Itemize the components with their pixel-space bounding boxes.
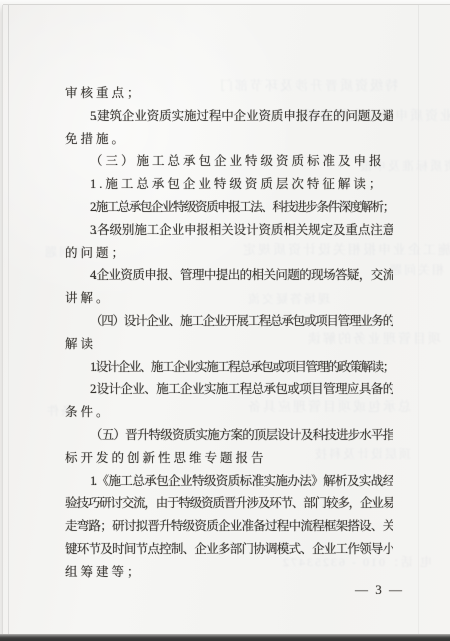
- text-line: 验技巧研讨交流，由于特级资质晋升涉及环节、部门较多，企业易: [65, 492, 393, 515]
- document-body: 审核重点；5.建筑企业资质实施过程中企业资质申报存在的问题及避免措施。（三）施工…: [65, 82, 393, 584]
- text-line: 审核重点；: [65, 82, 393, 105]
- scanned-document: 特级资质晋升涉及环节部门企业资质申报存在的问题资质标准及申报施工企业申报相关设计…: [0, 0, 450, 641]
- text-line: 3.各级别施工企业申报相关设计资质相关规定及重点注意: [65, 219, 393, 242]
- text-line: 2.设计企业、施工企业实施工程总承包或项目管理应具备的: [65, 378, 393, 401]
- text-line: （三）施工总承包企业特级资质标准及申报: [65, 150, 393, 173]
- text-line: 走弯路；研讨拟晋升特级资质企业准备过程中流程框架搭设、关: [65, 515, 393, 538]
- text-line: （四）设计企业、施工企业开展工程总承包或项目管理业务的: [65, 310, 393, 333]
- text-line: 条件。: [65, 401, 393, 424]
- text-line: 5.建筑企业资质实施过程中企业资质申报存在的问题及避: [65, 105, 393, 128]
- text-line: 免措施。: [65, 128, 393, 151]
- text-line: 标开发的创新性思维专题报告: [65, 447, 393, 470]
- paper-crease-left: [8, 5, 9, 634]
- paper-crease-right: [418, 5, 419, 634]
- text-line: 1.施工总承包企业特级资质层次特征解读；: [65, 173, 393, 196]
- document-page: 特级资质晋升涉及环节部门企业资质申报存在的问题资质标准及申报施工企业申报相关设计…: [3, 5, 450, 634]
- text-line: 1.《施工总承包企业特级资质标准实施办法》解析及实战经: [65, 470, 393, 493]
- text-line: 的问题；: [65, 242, 393, 265]
- text-line: 键环节及时间节点控制、企业多部门协调模式、企业工作领导小: [65, 538, 393, 561]
- text-line: 解读: [65, 333, 393, 356]
- text-line: （五）晋升特级资质实施方案的顶层设计及科技进步水平指: [65, 424, 393, 447]
- text-line: 2.施工总承包企业特级资质申报工法、科技进步条件深度解析；: [65, 196, 393, 219]
- text-line: 4.企业资质申报、管理中提出的相关问题的现场答疑，交流: [65, 264, 393, 287]
- page-number: — 3 —: [355, 582, 404, 598]
- scan-bottom-edge: [0, 634, 450, 641]
- text-line: 讲解。: [65, 287, 393, 310]
- text-line: 组筹建等；: [65, 561, 393, 584]
- text-line: 1.设计企业、施工企业实施工程总承包或项目管理的政策解读；: [65, 356, 393, 379]
- bleedthrough-text: 相关问题: [388, 261, 444, 278]
